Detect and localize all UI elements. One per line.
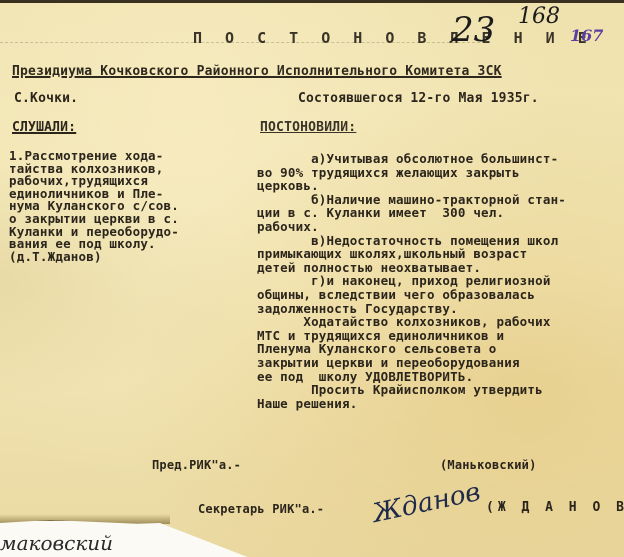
resolved-text: а)Учитывая обсолютное большинст- во 90% … xyxy=(257,152,566,410)
torn-fragment-handwriting: маковский xyxy=(0,531,113,555)
handwritten-archive-number: 23 xyxy=(452,10,495,50)
document-title: П О С Т О Н О В Л Е Н И Е xyxy=(193,32,594,44)
secretary-signature: Жданов xyxy=(370,477,483,529)
document-page: П О С Т О Н О В Л Е Н И Е 23 168 167 Пре… xyxy=(0,0,624,557)
chairman-name: (Маньковский) xyxy=(440,459,537,471)
heard-text: 1.Рассмотрение хода- тайства колхозников… xyxy=(9,150,179,263)
chairman-label: Пред.РИК"а.- xyxy=(152,459,241,471)
heard-heading: СЛУШАЛИ: xyxy=(12,122,76,134)
secretary-name: (Ж Д А Н О В) xyxy=(486,502,624,514)
secretary-label: Секретарь РИК"а.- xyxy=(198,503,324,515)
resolved-heading: ПОСТОНОВИЛИ: xyxy=(260,122,356,134)
document-place: С.Кочки. xyxy=(14,93,78,105)
handwritten-page-number-alt: 167 xyxy=(570,26,603,45)
document-date: Состоявшегося 12-го Мая 1935г. xyxy=(298,93,539,105)
document-subtitle: Президиума Кочковского Районного Исполни… xyxy=(12,66,502,78)
page-top-edge xyxy=(0,0,624,3)
handwritten-page-number: 168 xyxy=(518,4,560,29)
